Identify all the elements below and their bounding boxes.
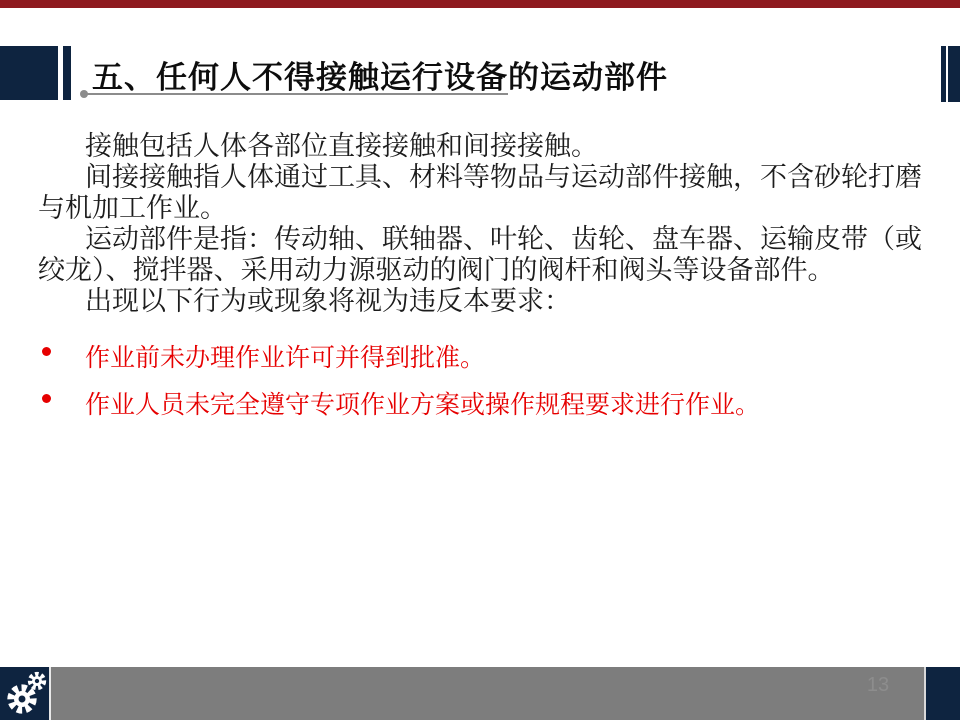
title-accent-bar-right	[941, 46, 946, 102]
title-accent-block-right	[948, 46, 960, 102]
body-line: 与机加工作业。	[38, 193, 928, 224]
title-accent-bar-left	[63, 46, 71, 100]
bullet-dot-icon	[42, 394, 51, 403]
bullet-text: 作业前未办理作业许可并得到批准。	[85, 338, 485, 378]
footer-bar	[0, 667, 960, 720]
body-line: 运动部件是指：传动轴、联轴器、叶轮、齿轮、盘车器、运输皮带（或	[38, 224, 928, 255]
bullet-item: 作业前未办理作业许可并得到批准。	[40, 338, 920, 385]
page-number: 13	[858, 674, 898, 697]
title-underline	[86, 93, 508, 95]
body-line: 绞龙）、搅拌器、采用动力源驱动的阀门的阀杆和阀头等设备部件。	[38, 255, 928, 286]
slide: 五、任何人不得接触运行设备的运动部件 接触包括人体各部位直接接触和间接接触。 间…	[0, 0, 960, 720]
bullet-dot-icon	[42, 347, 51, 356]
violation-bullet-list: 作业前未办理作业许可并得到批准。 作业人员未完全遵守专项作业方案或操作规程要求进…	[40, 338, 920, 432]
footer-accent-block-right	[924, 667, 960, 720]
bullet-item: 作业人员未完全遵守专项作业方案或操作规程要求进行作业。	[40, 385, 920, 432]
body-line: 出现以下行为或现象将视为违反本要求：	[38, 286, 928, 317]
body-line: 间接接触指人体通过工具、材料等物品与运动部件接触，不含砂轮打磨	[38, 162, 928, 193]
body-line: 接触包括人体各部位直接接触和间接接触。	[38, 131, 928, 162]
footer-logo-block	[0, 667, 51, 720]
gear-icon-small	[27, 671, 47, 691]
slide-title: 五、任何人不得接触运行设备的运动部件	[92, 52, 668, 97]
top-red-bar	[0, 0, 960, 8]
bullet-text: 作业人员未完全遵守专项作业方案或操作规程要求进行作业。	[85, 385, 760, 425]
body-text: 接触包括人体各部位直接接触和间接接触。 间接接触指人体通过工具、材料等物品与运动…	[38, 131, 928, 317]
title-accent-block-left	[0, 46, 58, 100]
